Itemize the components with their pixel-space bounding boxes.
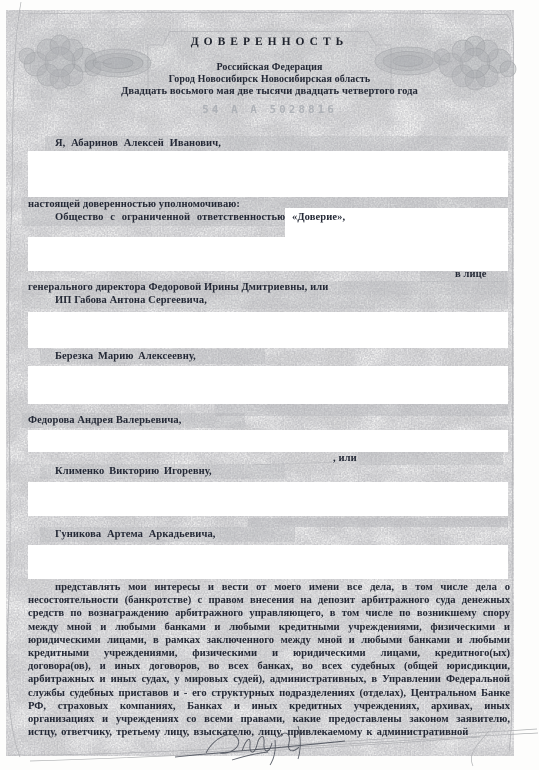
redaction-box [28,482,508,516]
or-separator: , или [333,453,357,464]
redaction-box [28,545,508,579]
entrepreneur-line: ИП Габова Антона Сергеевича, [55,295,207,306]
form-serial-number: 54 А А 5028816 [0,103,539,116]
attorney-name: Клименко Викторию Игоревну, [55,466,212,477]
redaction-box [28,312,508,348]
powers-paragraph: представлять мои интересы и вести от мое… [28,581,510,739]
attorney-name: Березка Марию Алексеевну, [55,351,196,362]
attorney-name: Федорова Андрея Валерьевича, [28,415,182,426]
principal-line: Я, Абаринов Алексей Иванович, [55,138,221,149]
director-line: генерального директора Федоровой Ирины Д… [28,282,328,293]
company-line: Общество с ограниченной ответственностью… [55,212,345,223]
redaction-box [28,366,508,404]
redaction-box [28,237,508,271]
country-line: Российская Федерация [0,62,539,73]
document-title: ДОВЕРЕННОСТЬ [0,36,539,48]
attorney-name: Гуникова Артема Аркадьевича, [55,529,216,540]
redaction-box [28,151,508,197]
in-the-person-of: в лице [455,269,487,280]
redaction-box [28,430,508,452]
authorization-clause: настоящей доверенностью уполномочиваю: [28,199,240,210]
location-line: Город Новосибирск Новосибирская область [0,74,539,85]
power-of-attorney-scanned-page: ДОВЕРЕННОСТЬ Российская Федерация Город … [0,0,539,770]
date-in-words-line: Двадцать восьмого мая две тысячи двадцат… [0,86,539,97]
